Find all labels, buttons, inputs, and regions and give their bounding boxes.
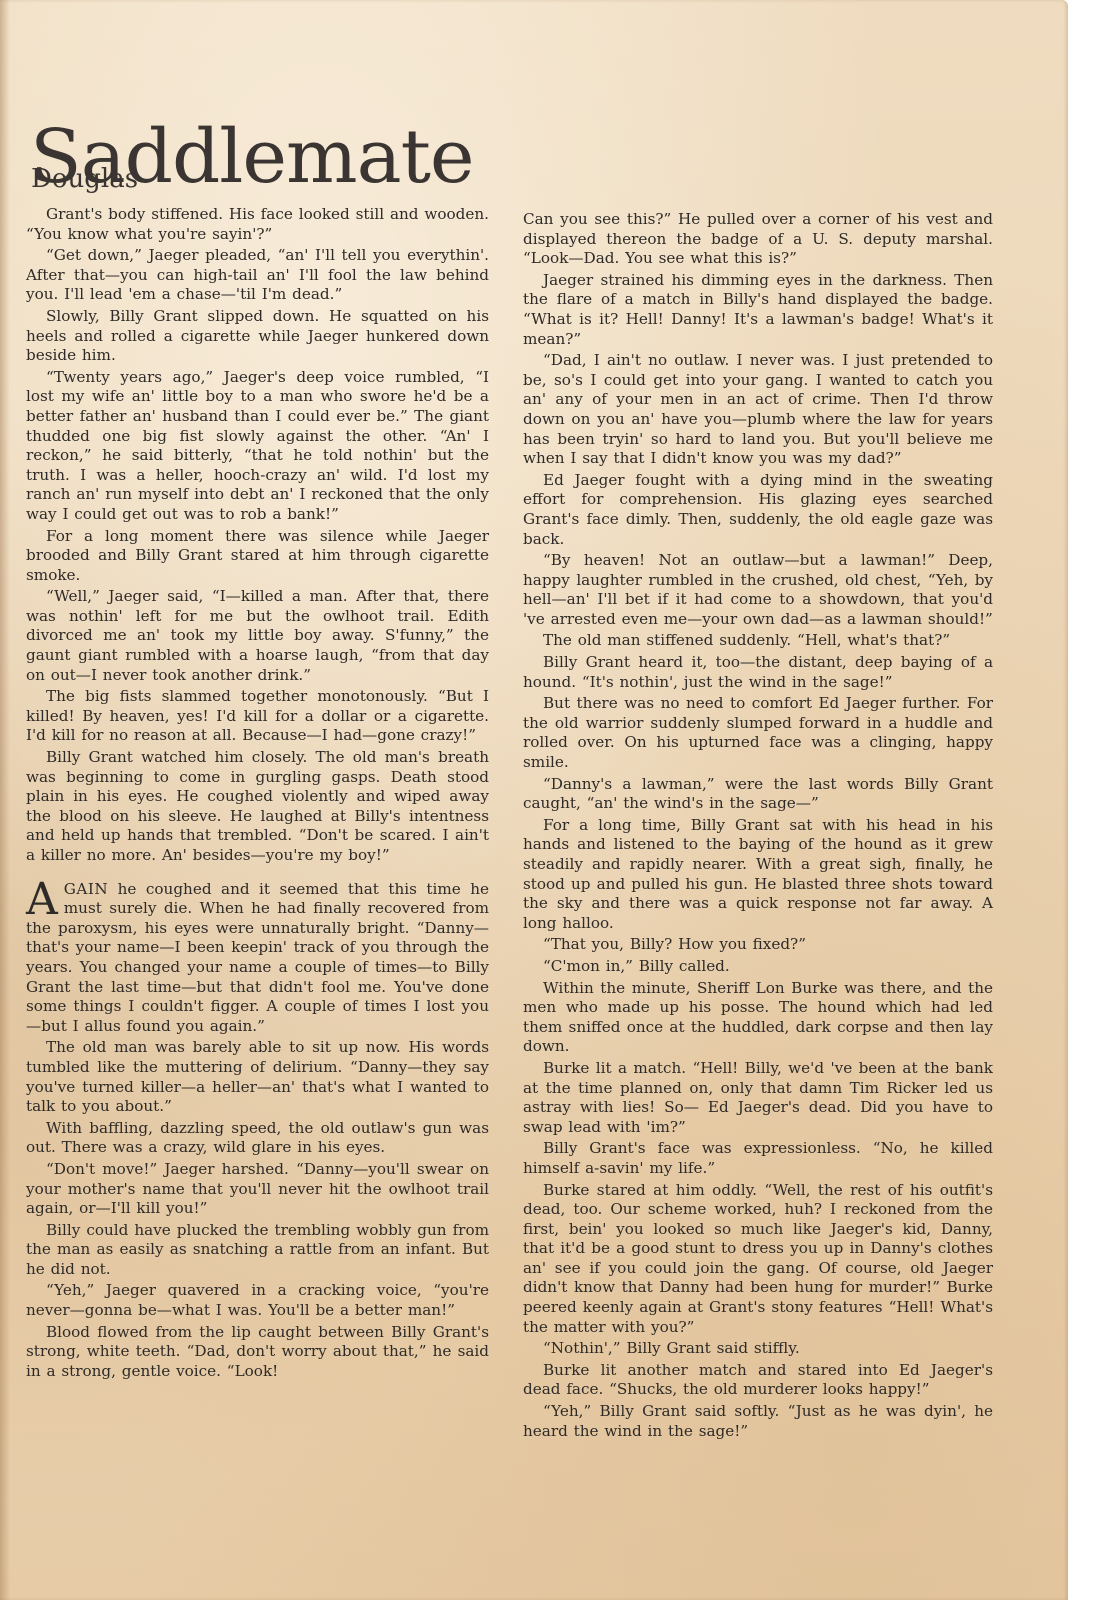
paragraph: Jaeger strained his dimming eyes in the …: [523, 271, 993, 349]
paragraph: “Twenty years ago,” Jaeger's deep voice …: [26, 368, 489, 525]
paragraph: Blood flowed from the lip caught between…: [26, 1323, 489, 1382]
paragraph: The old man was barely able to sit up no…: [26, 1038, 489, 1116]
paragraph: Billy could have plucked the trembling w…: [26, 1221, 489, 1280]
left-text-column: Grant's body stiffened. His face looked …: [26, 205, 489, 1383]
paragraph: With baffling, dazzling speed, the old o…: [26, 1119, 489, 1158]
paragraph: Within the minute, Sheriff Lon Burke was…: [523, 979, 993, 1057]
paragraph: “Get down,” Jaeger pleaded, “an' I'll te…: [26, 246, 489, 305]
section-break-paragraph: AGAIN he coughed and it seemed that this…: [26, 880, 489, 1037]
paragraph: Grant's body stiffened. His face looked …: [26, 205, 489, 244]
paragraph: The big fists slammed together monotonou…: [26, 687, 489, 746]
paragraph: “C'mon in,” Billy called.: [523, 957, 993, 977]
paragraph: Slowly, Billy Grant slipped down. He squ…: [26, 307, 489, 366]
paragraph: Billy Grant's face was expressionless. “…: [523, 1139, 993, 1178]
paragraph: “Danny's a lawman,” were the last words …: [523, 775, 993, 814]
drop-cap: A: [26, 882, 58, 918]
section-text: he coughed and it seemed that this time …: [26, 880, 489, 1035]
paragraph: For a long moment there was silence whil…: [26, 527, 489, 586]
paragraph: “By heaven! Not an outlaw—but a lawman!”…: [523, 551, 993, 629]
paragraph: “Don't move!” Jaeger harshed. “Danny—you…: [26, 1160, 489, 1219]
paragraph: “Yeh,” Billy Grant said softly. “Just as…: [523, 1402, 993, 1441]
page-edge-shadow: [0, 0, 10, 1600]
magazine-page: Saddlemate Douglas Grant's body stiffene…: [0, 0, 1068, 1600]
paragraph: Burke stared at him oddly. “Well, the re…: [523, 1181, 993, 1338]
continued-paragraph: Can you see this?” He pulled over a corn…: [523, 210, 993, 269]
paragraph: Burke lit another match and stared into …: [523, 1361, 993, 1400]
paragraph: But there was no need to comfort Ed Jaeg…: [523, 694, 993, 772]
paragraph: Ed Jaeger fought with a dying mind in th…: [523, 471, 993, 549]
right-text-column: Can you see this?” He pulled over a corn…: [523, 210, 993, 1443]
paragraph: Burke lit a match. “Hell! Billy, we'd 'v…: [523, 1059, 993, 1137]
paragraph: “Dad, I ain't no outlaw. I never was. I …: [523, 351, 993, 469]
story-author: Douglas: [31, 166, 138, 192]
paragraph: For a long time, Billy Grant sat with hi…: [523, 816, 993, 934]
paragraph: “That you, Billy? How you fixed?”: [523, 935, 993, 955]
paragraph: “Well,” Jaeger said, “I—killed a man. Af…: [26, 587, 489, 685]
paragraph: “Nothin',” Billy Grant said stiffly.: [523, 1339, 993, 1359]
lead-in: GAIN: [64, 880, 108, 898]
paragraph: The old man stiffened suddenly. “Hell, w…: [523, 631, 993, 651]
paragraph: Billy Grant watched him closely. The old…: [26, 748, 489, 866]
paragraph: “Yeh,” Jaeger quavered in a cracking voi…: [26, 1281, 489, 1320]
paragraph: Billy Grant heard it, too—the distant, d…: [523, 653, 993, 692]
